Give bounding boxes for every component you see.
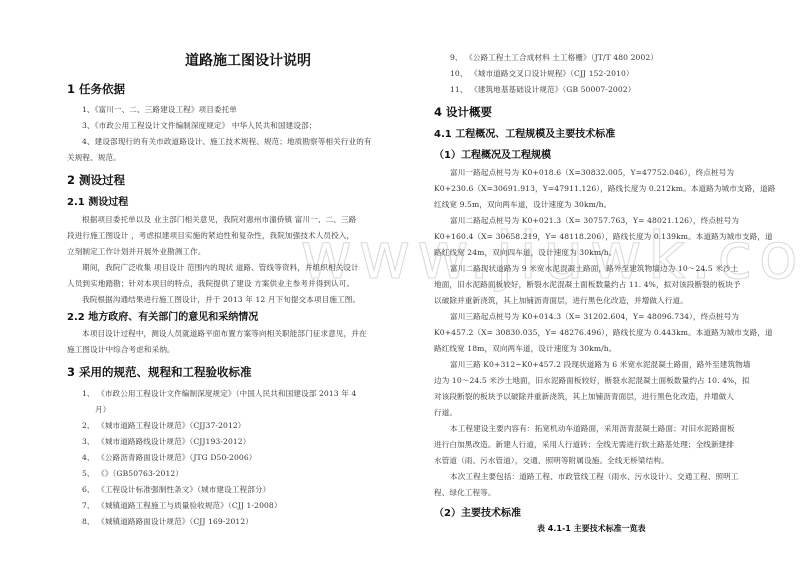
- paragraph-line: 行道。: [434, 407, 457, 418]
- paragraph-line: 人员到实地踏勘；针对本项目的特点，我院提供了建设 方案供业主参考并得到认可。: [67, 278, 354, 289]
- paragraph-line: 红线宽 9.5m，双向两车道，设计速度为 30km/h。: [434, 199, 611, 210]
- reference-item: 11、 《建筑地基基础设计规范》（GB 50007-2002）: [450, 84, 635, 95]
- subsection-1-heading: （1）工程概况及工程规模: [434, 146, 551, 161]
- left-page: 道路施工图设计说明 1 任务依据 1、《富川一、二、三路建设工程》项目委托单 3…: [0, 0, 420, 566]
- paragraph-line: 本工程建设主要内容有：拓宽机动车道路面，采用沥青混凝土路面；对旧水泥路面板: [450, 423, 735, 434]
- reference-item: 6、 《工程设计标准强制性条文》（城市建设工程部分）: [82, 484, 270, 495]
- paragraph-line: 本项目设计过程中，测设人员就道路平面布置方案等向相关职能部门征求意见，并在: [82, 328, 367, 339]
- paragraph-line: 路红线宽 24m，双向四车道，设计速度为 30km/h。: [434, 247, 617, 258]
- reference-item: 1、 《市政公用工程设计文件编制深度规定》（中国人民共和国建设部 2013 年 …: [82, 388, 356, 399]
- paragraph-line: 以破除并重新浇筑，其上加铺沥青面层，进行黑色化改造，并增做人行道。: [434, 295, 688, 306]
- paragraph-line: 水管道（雨、污水管道），交通、照明等附属设施。全线无桥梁结构。: [434, 455, 669, 466]
- section-2-heading: 2 测设过程: [67, 172, 125, 188]
- section-1-heading: 1 任务依据: [67, 81, 125, 97]
- paragraph-line: 根据项目委托单以及 业主部门相关意见，我院对惠州市潼侨镇 富川一、二、三路: [82, 214, 356, 225]
- paragraph-line: 关规程、规范。: [67, 152, 121, 163]
- section-4-heading: 4 设计概要: [434, 104, 492, 120]
- paragraph-line: 富川三路起点桩号为 K0+014.3（X= 31202.604，Y= 48096…: [450, 311, 739, 322]
- reference-item: 4、 《公路沥青路面设计规范》（JTG D50-2006）: [82, 452, 256, 463]
- paragraph-line: 路红线宽 18m，双向两车道，设计速度为 30km/h。: [434, 343, 617, 354]
- paragraph-line: 期间，我院广泛收集 项目设计 范围内的现状 道路、管线等资料，并组织相关设计: [82, 262, 359, 273]
- section-2-1-heading: 2.1 测设过程: [67, 193, 128, 208]
- paragraph-line: 进行白加黑改造。新建人行道，采用人行道砖；全线无需进行软土路基处理；全线新建排: [434, 439, 734, 450]
- paragraph-line: 富川三路 K0+312~K0+457.2 段现状道路为 6 米宽水泥混凝土路面，…: [450, 359, 751, 370]
- paragraph-line: 1、《富川一、二、三路建设工程》项目委托单: [82, 104, 237, 115]
- section-3-heading: 3 采用的规范、规程和工程验收标准: [67, 364, 252, 380]
- reference-item: 8、 《城镇道路路面设计规范》（CJJ 169-2012）: [82, 516, 253, 527]
- paragraph-line: 我院根据沟通结果进行施工图设计，并于 2013 年 12 月下旬提交本项目施工图…: [82, 294, 360, 305]
- paragraph-line: 地面，旧水泥路面板较好，断裂水泥混凝土面板数量约占 11. 4%，拟对该段断裂的…: [434, 279, 741, 290]
- paragraph-line: 段进行施工图设计 ，考虑拟建项目实施的紧迫性和复杂性，我院加强技术人员投入，: [67, 230, 354, 241]
- reference-item: 3、 《城市道路路线设计规范》（CJJ193-2012）: [82, 436, 250, 447]
- reference-item: 9、 《公路工程土工合成材料 土工格栅》（JT/T 480 2002）: [450, 52, 658, 63]
- paragraph-line: 富川二路现状道路为 9 米宽水泥混凝土路面，路外至建筑物墙边为 10～24.5 …: [450, 263, 738, 274]
- reference-item: 2、 《城市道路工程设计规范》（CJJ37-2012）: [82, 420, 246, 431]
- paragraph-line: 4、建设部现行的有关市政道路设计、施工技术规程、规范；地质勘察等相关行业的有: [82, 136, 372, 147]
- reference-item: 7、 《城镇道路工程施工与质量验收规范》（CJJ 1-2008）: [82, 500, 282, 511]
- paragraph-line: K0+457.2（X= 30830.035，Y= 48276.496），路线长度…: [434, 327, 773, 338]
- paragraph-line: 3、《市政公用工程设计文件编制深度规定》 中华人民共和国建设部；: [82, 120, 316, 131]
- reference-item: 月）: [95, 404, 110, 415]
- subsection-2-heading: （2）主要技术标准: [434, 504, 521, 519]
- paragraph-line: K0+230.6（X=30691.913，Y=47911.126），路线长度为 …: [434, 183, 775, 194]
- paragraph-line: 边为 10～24.5 米沙土地面，旧水泥路面板较好，断裂水泥混凝土面板数量约占 …: [434, 375, 750, 386]
- paragraph-line: 富川一路起点桩号为 K0+018.6（X=30832.005，Y=47752.0…: [450, 167, 734, 178]
- section-2-2-heading: 2.2 地方政府、有关部门的意见和采纳情况: [67, 308, 258, 323]
- table-caption: 表 4.1-1 主要技术标准一览表: [537, 523, 646, 534]
- paragraph-line: 程、绿化工程等。: [434, 487, 496, 498]
- right-page: 9、 《公路工程土工合成材料 土工格栅》（JT/T 480 2002） 10、 …: [420, 0, 800, 566]
- paragraph-line: 对该段断裂的板块予以破除并重新浇筑，其上加铺沥青面层，进行黑色化改造，并增做人: [434, 391, 734, 402]
- reference-item: 10、 《城市道路交叉口设计规程》（CJJ 152-2010）: [450, 68, 634, 79]
- reference-item: 5、 《》（GB50763-2012）: [82, 468, 183, 479]
- paragraph-line: 富川二路起点桩号为 K0+021.3（X= 30757.763，Y= 48021…: [450, 215, 739, 226]
- page-title: 道路施工图设计说明: [185, 50, 311, 70]
- paragraph-line: K0+160.4（X= 30658.219，Y= 48118.206），路线长度…: [434, 231, 773, 242]
- paragraph-line: 施工图设计中综合考虑和采纳。: [67, 344, 175, 355]
- paragraph-line: 本次工程主要包括：道路工程、市政管线工程（雨水、污水设计）、交通工程、照明工: [450, 471, 739, 482]
- paragraph-line: 立刻制定工作计划并开展外业勘测工作。: [67, 246, 206, 257]
- section-4-1-heading: 4.1 工程概况、工程规模及主要技术标准: [434, 125, 615, 140]
